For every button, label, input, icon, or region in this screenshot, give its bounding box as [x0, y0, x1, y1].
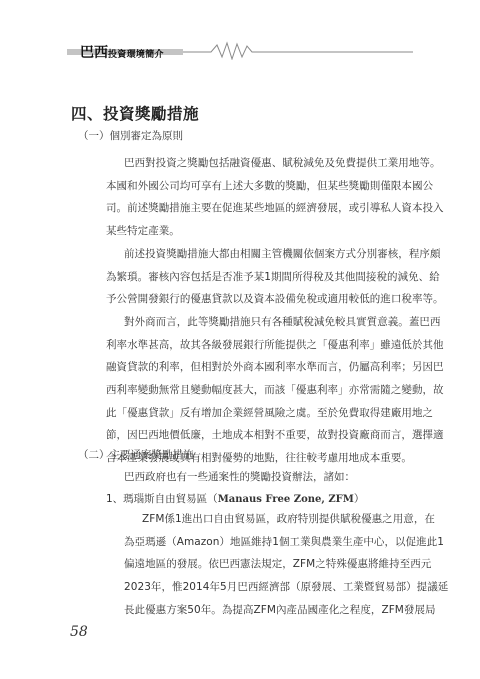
subsection-heading-2: （二）主要通案獎勵措施 — [78, 447, 194, 462]
text-line: 節，因巴西地價低廉，土地成本相對不重要，故對投資廠商而言，選擇適 — [106, 424, 412, 447]
running-header: 巴西投資環境簡介 — [0, 36, 480, 64]
list-item-latin-name: Manaus Free Zone, ZFM — [218, 494, 354, 505]
section-heading: 四、投資獎勵措施 — [71, 102, 199, 124]
page-number: 58 — [70, 624, 88, 640]
text-line: 某些特定產業。 — [106, 220, 412, 243]
text-line: 予公營開發銀行的優惠貸款以及資本設備免稅或適用較低的進口稅率等。 — [106, 288, 412, 311]
text-line: 司。前述獎勵措施主要在促進某些地區的經濟發展，或引導私人資本投入 — [106, 197, 412, 220]
paragraph-3: 對外商而言，此等獎勵措施只有各種賦稅減免較具實質意義。蓋巴西 利率水準甚高，故其… — [106, 311, 412, 470]
text-line: 前述投資獎勵措施大都由相關主管機關依個案方式分別審核，程序頗 — [106, 243, 412, 266]
text-line: 長此優惠方案50年。為提高ZFM內產品國產化之程度，ZFM發展局 — [124, 599, 412, 622]
text-line: 偏遠地區的發展。依巴西憲法規定，ZFM之特殊優惠將維持至西元 — [124, 553, 412, 576]
text-line: 融資貸款的利率，但相對於外商本國利率水準而言，仍屬高利率；另因巴 — [106, 356, 412, 379]
list-item-heading: 1、瑪瑙斯自由貿易區（Manaus Free Zone, ZFM） — [106, 491, 364, 506]
text-line: 2023年，惟2014年5月巴西經濟部（原發展、工業暨貿易部）提議延 — [124, 576, 412, 599]
text-line: 對外商而言，此等獎勵措施只有各種賦稅減免較具實質意義。蓋巴西 — [106, 311, 412, 334]
subsection-intro: 巴西政府也有一些通案性的獎勵投資辦法，諸如： — [124, 469, 355, 484]
paragraph-1: 巴西對投資之獎勵包括融資優惠、賦稅減免及免費提供工業用地等。 本國和外國公司均可… — [106, 152, 412, 243]
text-line: 利率水準甚高，故其各級發展銀行所能提供之「優惠利率」雖遠低於其他 — [106, 334, 412, 357]
paragraph-zfm: ZFM係1進出口自由貿易區，政府特別提供賦稅優惠之用意，在 為亞瑪遜（Amazo… — [124, 508, 412, 621]
header-title-country: 巴西 — [80, 45, 108, 61]
header-title-subtitle: 投資環境簡介 — [108, 50, 164, 60]
text-line: ZFM係1進出口自由貿易區，政府特別提供賦稅優惠之用意，在 — [124, 508, 412, 531]
list-item-close-paren: ） — [354, 493, 365, 505]
heartbeat-line-icon — [183, 40, 413, 60]
text-line: 巴西對投資之獎勵包括融資優惠、賦稅減免及免費提供工業用地等。 — [106, 152, 412, 175]
text-line: 西利率變動無常且變動幅度甚大，而該「優惠利率」亦常需隨之變動，故 — [106, 379, 412, 402]
text-line: 為繁瑣。審核內容包括是否准予某1期間所得稅及其他間接稅的減免、給 — [106, 266, 412, 289]
header-title: 巴西投資環境簡介 — [80, 42, 164, 62]
text-line: 此「優惠貸款」反有增加企業經營風險之虞。至於免費取得建廠用地之 — [106, 402, 412, 425]
list-item-label: 1、瑪瑙斯自由貿易區（ — [106, 493, 218, 505]
text-line: 本國和外國公司均可享有上述大多數的獎勵，但某些獎勵則僅限本國公 — [106, 175, 412, 198]
paragraph-2: 前述投資獎勵措施大都由相關主管機關依個案方式分別審核，程序頗 為繁瑣。審核內容包… — [106, 243, 412, 311]
subsection-heading-1: （一）個別審定為原則 — [78, 128, 183, 143]
text-line: 為亞瑪遜（Amazon）地區維持1個工業與農業生產中心，以促進此1 — [124, 531, 412, 554]
